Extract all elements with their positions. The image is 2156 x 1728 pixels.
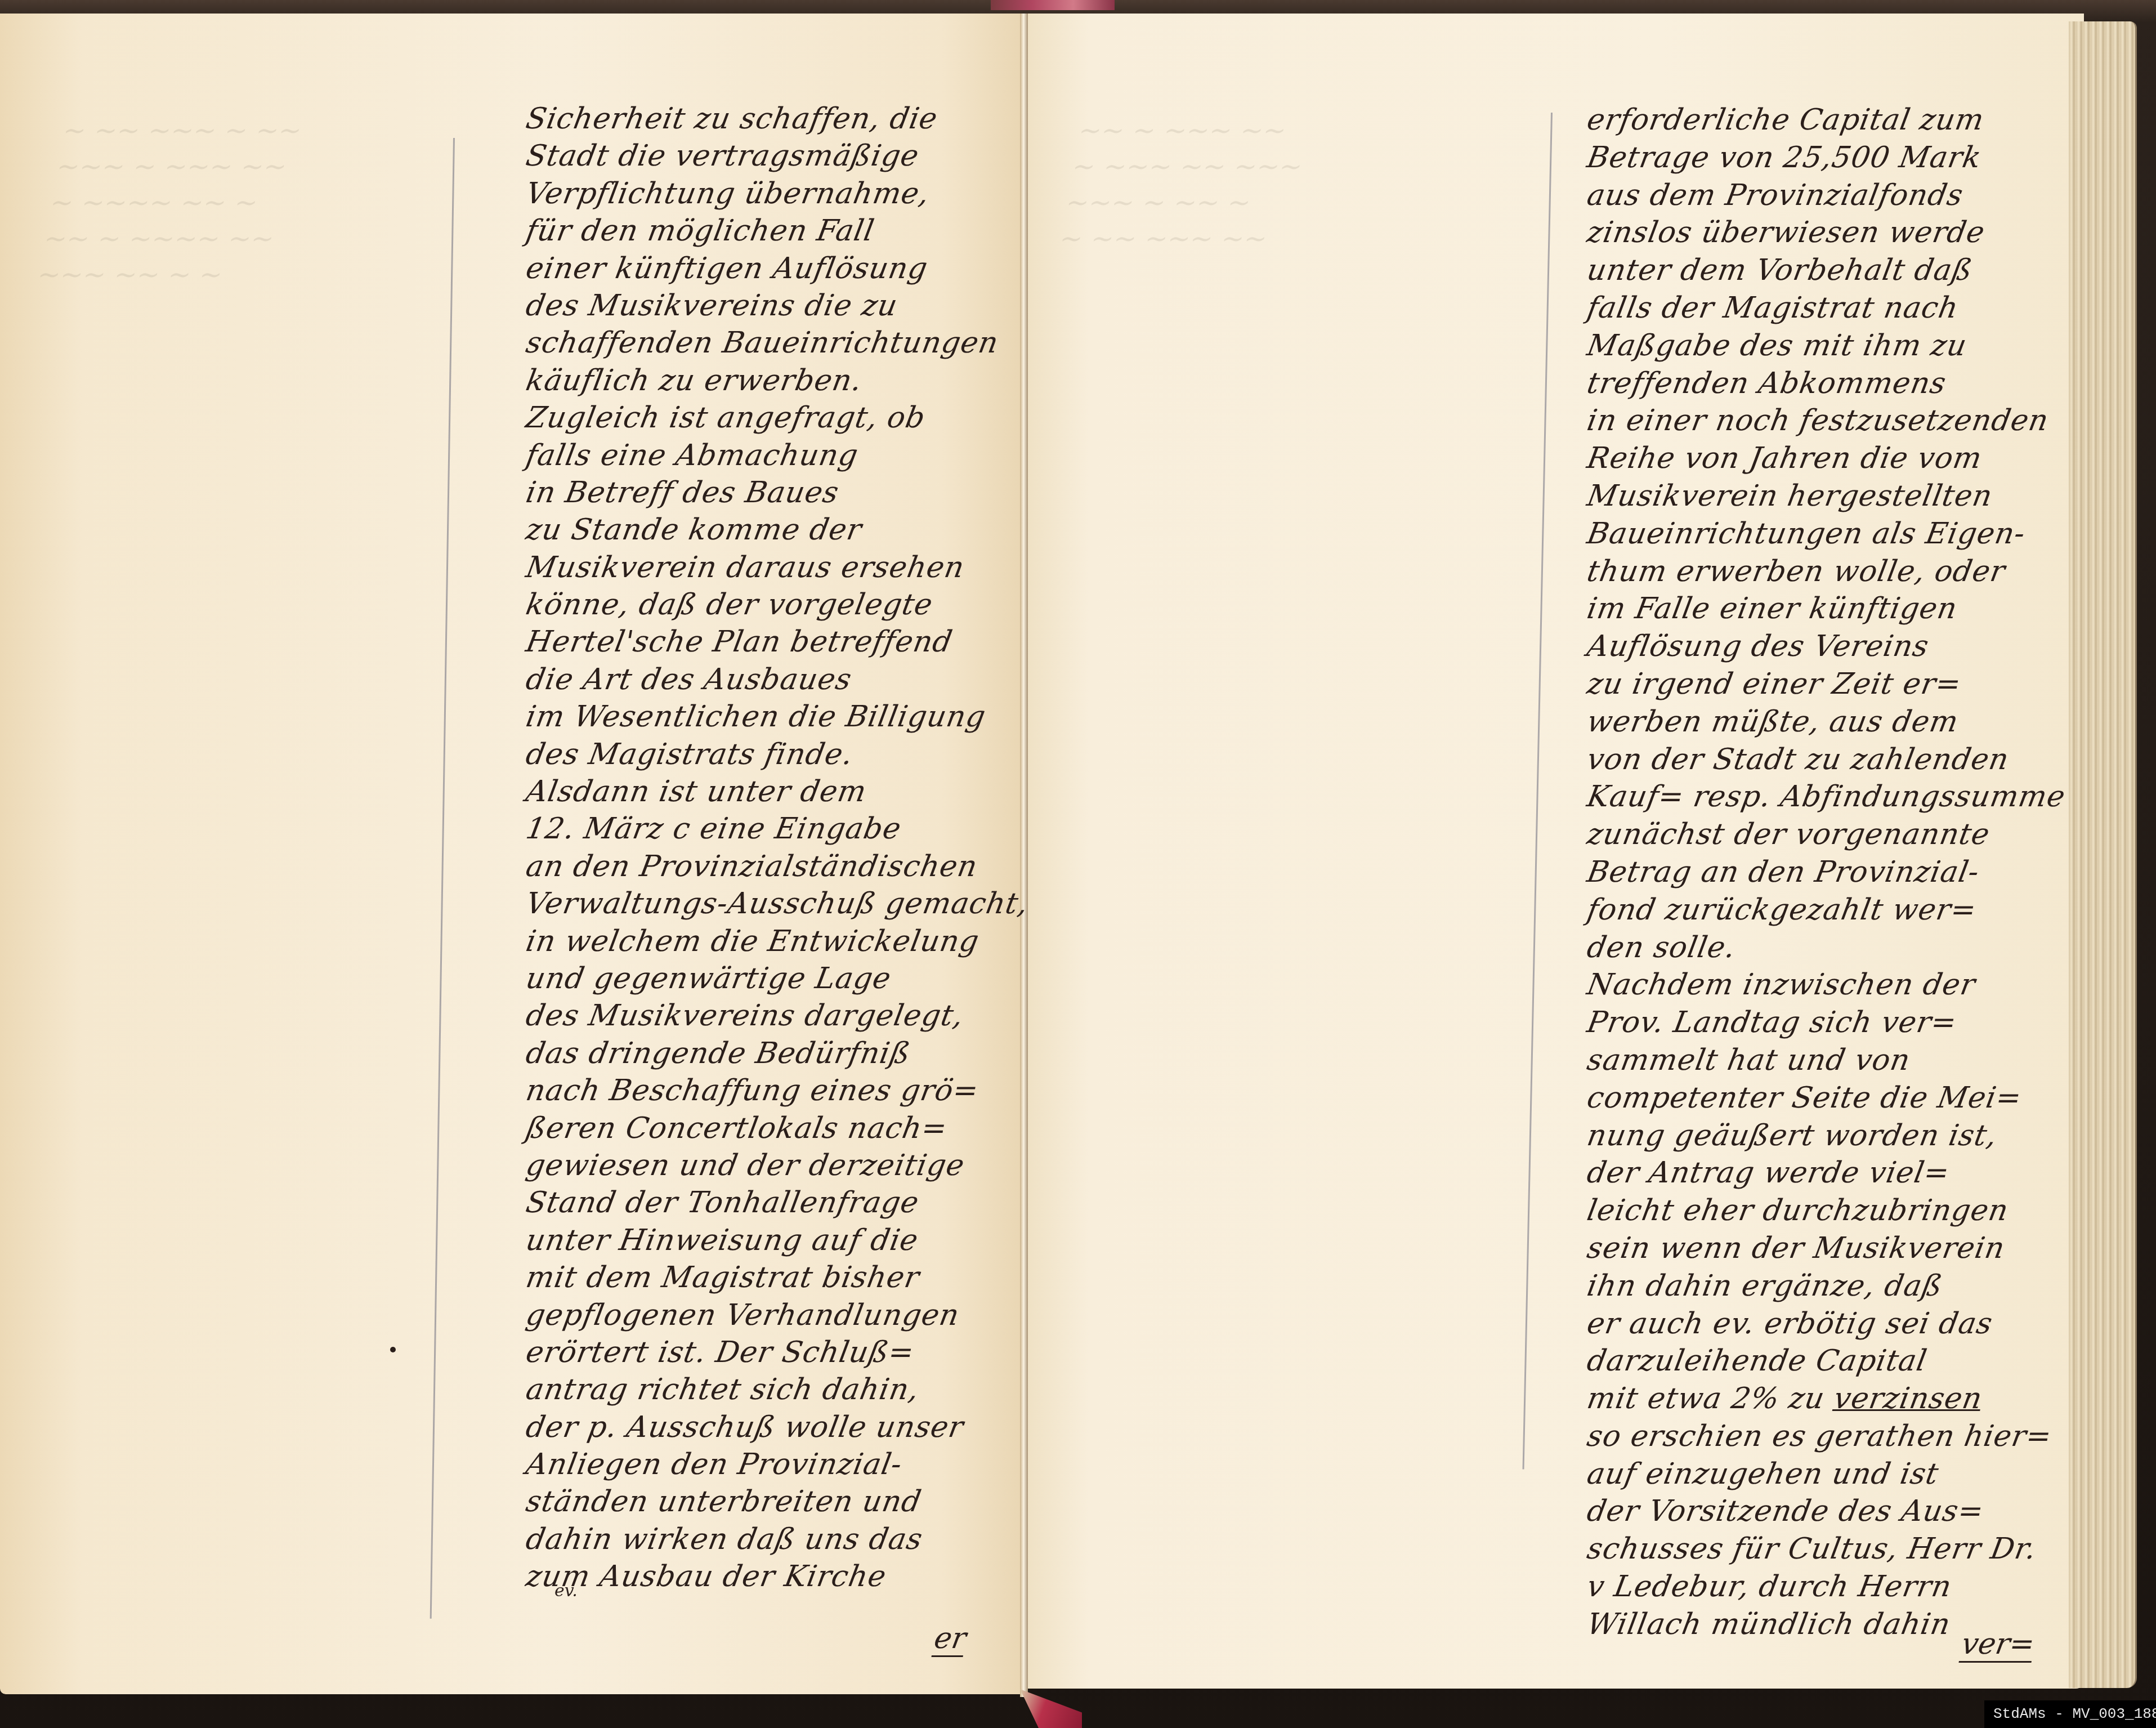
text-line: unter dem Vorbehalt daß [1584,252,2068,289]
text-line: zunächst der vorgenannte [1584,816,2068,854]
text-line: mit dem Magistrat bisher [523,1259,1031,1296]
text-line: er auch ev. erbötig sei das [1584,1305,2068,1343]
text-line: der Vorsitzende des Aus= [1584,1493,2068,1530]
text-fragment: mit etwa 2% zu [1585,1382,1828,1416]
text-line: Maßgabe des mit ihm zu [1584,327,2068,365]
text-line: Baueinrichtungen als Eigen- [1584,515,2068,553]
text-line: Betrage von 25,500 Mark [1584,139,2068,177]
text-line: auf einzugehen und ist [1584,1455,2068,1493]
text-line: Hertel'sche Plan betreffend [523,623,1031,660]
text-line: Kauf= resp. Abfindungssumme [1584,778,2068,816]
text-line: Nachdem inzwischen der [1584,966,2068,1004]
text-line: Sicherheit zu schaffen, die [523,100,1031,137]
text-line: Verpflichtung übernahme, [523,175,1031,212]
catchword-left: er [931,1622,969,1657]
text-line: ßeren Concertlokals nach= [523,1110,1031,1147]
text-line: gewiesen und der derzeitige [523,1147,1031,1184]
headband-top [991,0,1115,10]
text-line: falls der Magistrat nach [1584,289,2068,327]
text-line: das dringende Bedürfniß [523,1035,1031,1072]
text-line: sammelt hat und von [1584,1042,2068,1079]
text-line: sein wenn der Musikverein [1584,1230,2068,1267]
text-line: thum erwerben wolle, oder [1584,553,2068,591]
text-line: Auflösung des Vereins [1584,628,2068,666]
text-line: v Ledebur, durch Herrn [1584,1568,2068,1606]
archive-signature-label: StdAMs - MV_003_188 [1984,1700,2156,1728]
text-line: der p. Ausschuß wolle unser [523,1409,1031,1446]
text-line: Musikverein hergestellten [1584,477,2068,515]
text-line: gepflogenen Verhandlungen [523,1297,1031,1334]
right-page-text: erforderliche Capital zum Betrage von 25… [1587,101,2065,1644]
text-line: nung geäußert worden ist, [1584,1117,2068,1155]
text-line: nach Beschaffung eines grö= [523,1072,1031,1109]
text-line: für den möglichen Fall [523,212,1031,249]
left-page-text: Sicherheit zu schaffen, die Stadt die ve… [526,100,1028,1596]
text-line: so erschien es gerathen hier= [1584,1418,2068,1455]
text-line: fond zurückgezahlt wer= [1584,891,2068,929]
text-line: die Art des Ausbaues [523,661,1031,698]
bleed-through-right: ~~ ~ ~~~ ~~~ ~~~ ~~ ~~~~~~ ~ ~~ ~~ ~~ ~~… [1057,113,1312,257]
text-line: des Musikvereins dargelegt, [523,997,1031,1034]
text-line: falls eine Abmachung [523,437,1031,474]
interlinear-insertion: ev. [554,1581,578,1601]
text-line: ihn dahin ergänze, daß [1584,1267,2068,1305]
text-line: zu irgend einer Zeit er= [1584,666,2068,703]
text-line: Verwaltungs-Ausschuß gemacht, [523,885,1031,922]
text-line: von der Stadt zu zahlenden [1584,741,2068,779]
text-line: unter Hinweisung auf die [523,1222,1031,1259]
text-line: könne, daß der vorgelegte [523,586,1031,623]
text-line: einer künftigen Auflösung [523,250,1031,287]
text-line: der Antrag werde viel= [1584,1154,2068,1192]
text-line: den solle. [1584,929,2068,967]
text-line: leicht eher durchzubringen [1584,1192,2068,1230]
underlined-word: verzinsen [1831,1382,1985,1416]
text-line: Anliegen den Provinzial- [523,1446,1031,1483]
text-line: erörtert ist. Der Schluß= [523,1334,1031,1371]
bleed-through-left: ~ ~~ ~~~ ~ ~~~~~ ~ ~~~ ~~~ ~~~~ ~~ ~~~ ~… [35,113,305,293]
text-line: des Musikvereins die zu [523,287,1031,324]
text-line: im Wesentlichen die Billigung [523,698,1031,735]
text-line: schusses für Cultus, Herr Dr. [1584,1530,2068,1568]
page-edges-stack [2069,21,2137,1688]
text-line: erforderliche Capital zum [1584,101,2068,139]
text-line: Stadt die vertragsmäßige [523,137,1031,175]
text-line: zu Stande komme der [523,511,1031,548]
text-line: Prov. Landtag sich ver= [1584,1004,2068,1042]
text-line: darzuleihende Capital [1584,1342,2068,1380]
text-line: im Falle einer künftigen [1584,590,2068,628]
text-line: in Betreff des Baues [523,474,1031,511]
text-line: Reihe von Jahren die vom [1584,440,2068,477]
text-line-with-underline: mit etwa 2% zu verzinsen [1584,1380,2068,1418]
text-line: 12. März c eine Eingabe [523,810,1031,847]
text-line: Stand der Tonhallenfrage [523,1184,1031,1221]
text-line: werben müßte, aus dem [1584,703,2068,741]
text-line: aus dem Provinzialfonds [1584,177,2068,215]
text-line: an den Provinzialständischen [523,848,1031,885]
text-line: treffenden Abkommens [1584,365,2068,403]
text-line: Musikverein daraus ersehen [523,549,1031,586]
catchword-right: ver= [1958,1627,2037,1663]
text-line: und gegenwärtige Lage [523,960,1031,997]
text-line: Zugleich ist angefragt, ob [523,399,1031,436]
text-line: in welchem die Entwickelung [523,923,1031,960]
text-line: ständen unterbreiten und [523,1483,1031,1520]
text-line: competenter Seite die Mei= [1584,1079,2068,1117]
text-line: des Magistrats finde. [523,736,1031,773]
text-line: zum Ausbau der Kirche [523,1558,1031,1595]
text-line: in einer noch festzusetzenden [1584,402,2068,440]
text-line: schaffenden Baueinrichtungen [523,324,1031,361]
text-line: Betrag an den Provinzial- [1584,854,2068,891]
text-line: antrag richtet sich dahin, [523,1371,1031,1408]
ink-spot [390,1347,396,1352]
text-line: käuflich zu erwerben. [523,362,1031,399]
text-line: Alsdann ist unter dem [523,773,1031,810]
text-line: zinslos überwiesen werde [1584,214,2068,252]
text-line: dahin wirken daß uns das [523,1521,1031,1558]
